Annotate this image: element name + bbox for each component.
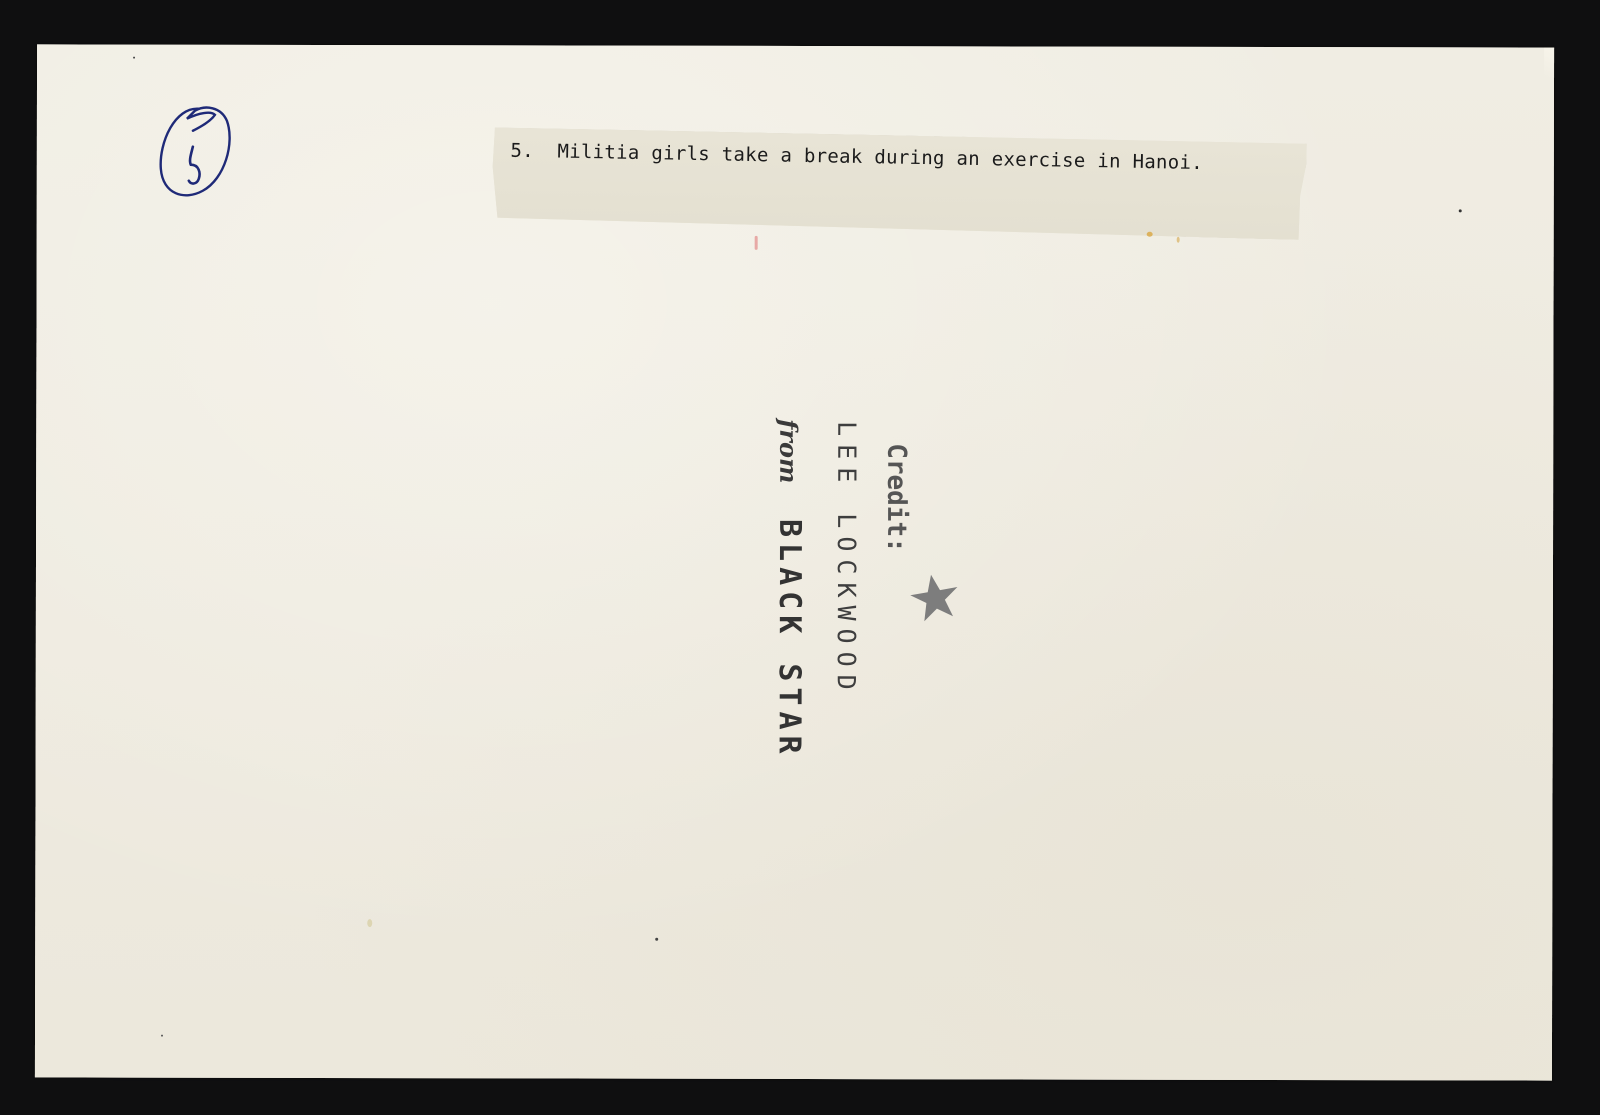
handwritten-circled-number xyxy=(155,103,235,203)
dark-speck xyxy=(133,57,135,59)
caption-label-strip: 5. Militia girls take a break during an … xyxy=(489,127,1307,240)
tan-speck xyxy=(367,919,372,927)
yellow-speck xyxy=(1147,232,1153,237)
stamp-credit-label: Credit: xyxy=(881,443,911,553)
star-icon xyxy=(909,571,961,623)
dark-speck xyxy=(655,938,658,941)
stamp-from: from xyxy=(774,419,803,483)
photo-back-paper: 5. Militia girls take a break during an … xyxy=(35,44,1554,1080)
scan-background: 5. Militia girls take a break during an … xyxy=(0,0,1600,1115)
yellow-speck xyxy=(1177,237,1180,243)
dark-speck xyxy=(1459,209,1462,212)
paper-corner-wear xyxy=(1544,48,1554,78)
stamp-agency: BLACK STAR xyxy=(772,519,808,760)
credit-stamp: Credit: LEE LOCKWOOD from BLACK STAR xyxy=(516,420,717,750)
red-ink-mark xyxy=(755,236,758,250)
stamp-photographer: LEE LOCKWOOD xyxy=(832,421,862,698)
dark-speck xyxy=(161,1035,163,1037)
caption-text: 5. Militia girls take a break during an … xyxy=(510,140,1203,174)
